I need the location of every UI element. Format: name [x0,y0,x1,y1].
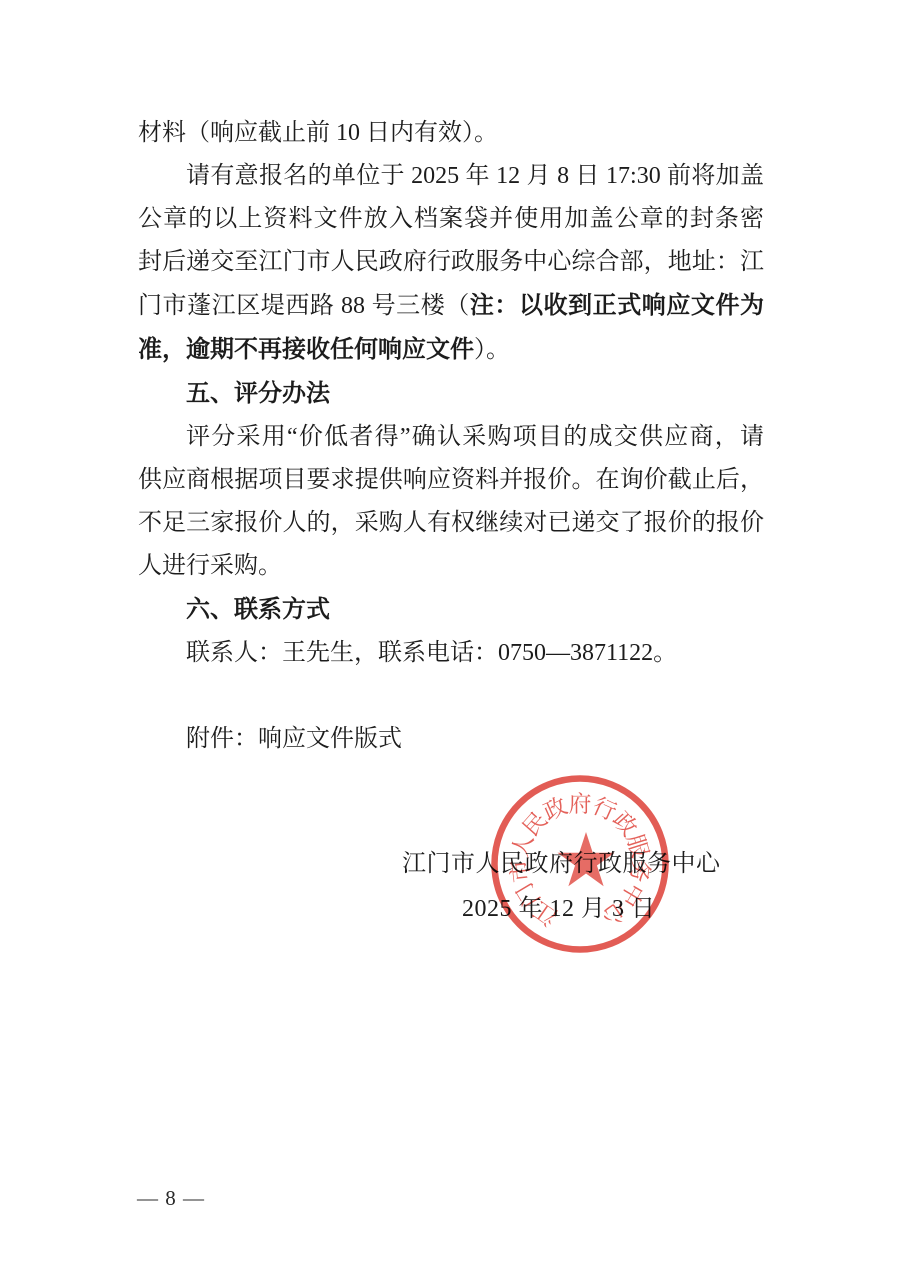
blank-line [138,675,764,718]
line-text: 联系人：王先生，联系电话：0750—3871122。 [186,640,677,666]
section-heading-contact: 六、联系方式 [138,588,764,632]
seal-star-icon [557,832,614,886]
section-heading-scoring: 五、评分办法 [138,372,764,416]
body-line: 人进行采购。 [138,545,764,588]
line-text: 材料（响应截止前 10 日内有效）。 [138,120,498,146]
line-text: ）。 [474,337,510,363]
bold-note-text: 注：以收到正式响应文件为 [470,292,764,319]
document-body: 材料（响应截止前 10 日内有效）。 请有意报名的单位于 2025 年 12 月… [138,112,764,761]
line-text: 请有意报名的单位于 2025 年 12 月 8 日 17:30 前将加盖 [186,163,764,189]
body-line: 门市蓬江区堤西路 88 号三楼（注：以收到正式响应文件为 [138,284,764,328]
line-text: 评分采用“价低者得”确认采购项目的成交供应商，请 [186,424,764,450]
body-line: 不足三家报价人的，采购人有权继续对已递交了报价的报价 [138,502,764,545]
body-line: 请有意报名的单位于 2025 年 12 月 8 日 17:30 前将加盖 [138,155,764,198]
body-line: 封后递交至江门市人民政府行政服务中心综合部，地址：江 [138,241,764,284]
line-text: 人进行采购。 [138,553,282,579]
line-text: 附件：响应文件版式 [186,726,402,752]
body-line: 供应商根据项目要求提供响应资料并报价。在询价截止后， [138,459,764,502]
body-line: 材料（响应截止前 10 日内有效）。 [138,112,764,155]
line-text: 不足三家报价人的，采购人有权继续对已递交了报价的报价 [138,510,764,536]
body-line: 准，逾期不再接收任何响应文件）。 [138,328,764,372]
bold-note-text: 准，逾期不再接收任何响应文件 [138,336,474,363]
seal-text-char: 府 [569,792,592,817]
line-text: 门市蓬江区堤西路 88 号三楼（ [138,293,470,319]
line-text: 供应商根据项目要求提供响应资料并报价。在询价截止后， [138,467,764,493]
heading-text: 五、评分办法 [186,380,330,407]
body-line: 公章的以上资料文件放入档案袋并使用加盖公章的封条密 [138,198,764,241]
heading-text: 六、联系方式 [186,596,330,623]
document-page: 材料（响应截止前 10 日内有效）。 请有意报名的单位于 2025 年 12 月… [0,0,900,1272]
official-seal: 江门市人民政府行政服务中心 [485,769,675,959]
line-text: 封后递交至江门市人民政府行政服务中心综合部，地址：江 [138,249,764,275]
page-number: — 8 — [137,1186,205,1211]
line-text: 公章的以上资料文件放入档案袋并使用加盖公章的封条密 [138,206,764,232]
body-line-contact-info: 联系人：王先生，联系电话：0750—3871122。 [138,632,764,675]
body-line: 评分采用“价低者得”确认采购项目的成交供应商，请 [138,416,764,459]
seal-text-char: 市 [507,858,535,884]
body-line-attachment: 附件：响应文件版式 [138,718,764,761]
